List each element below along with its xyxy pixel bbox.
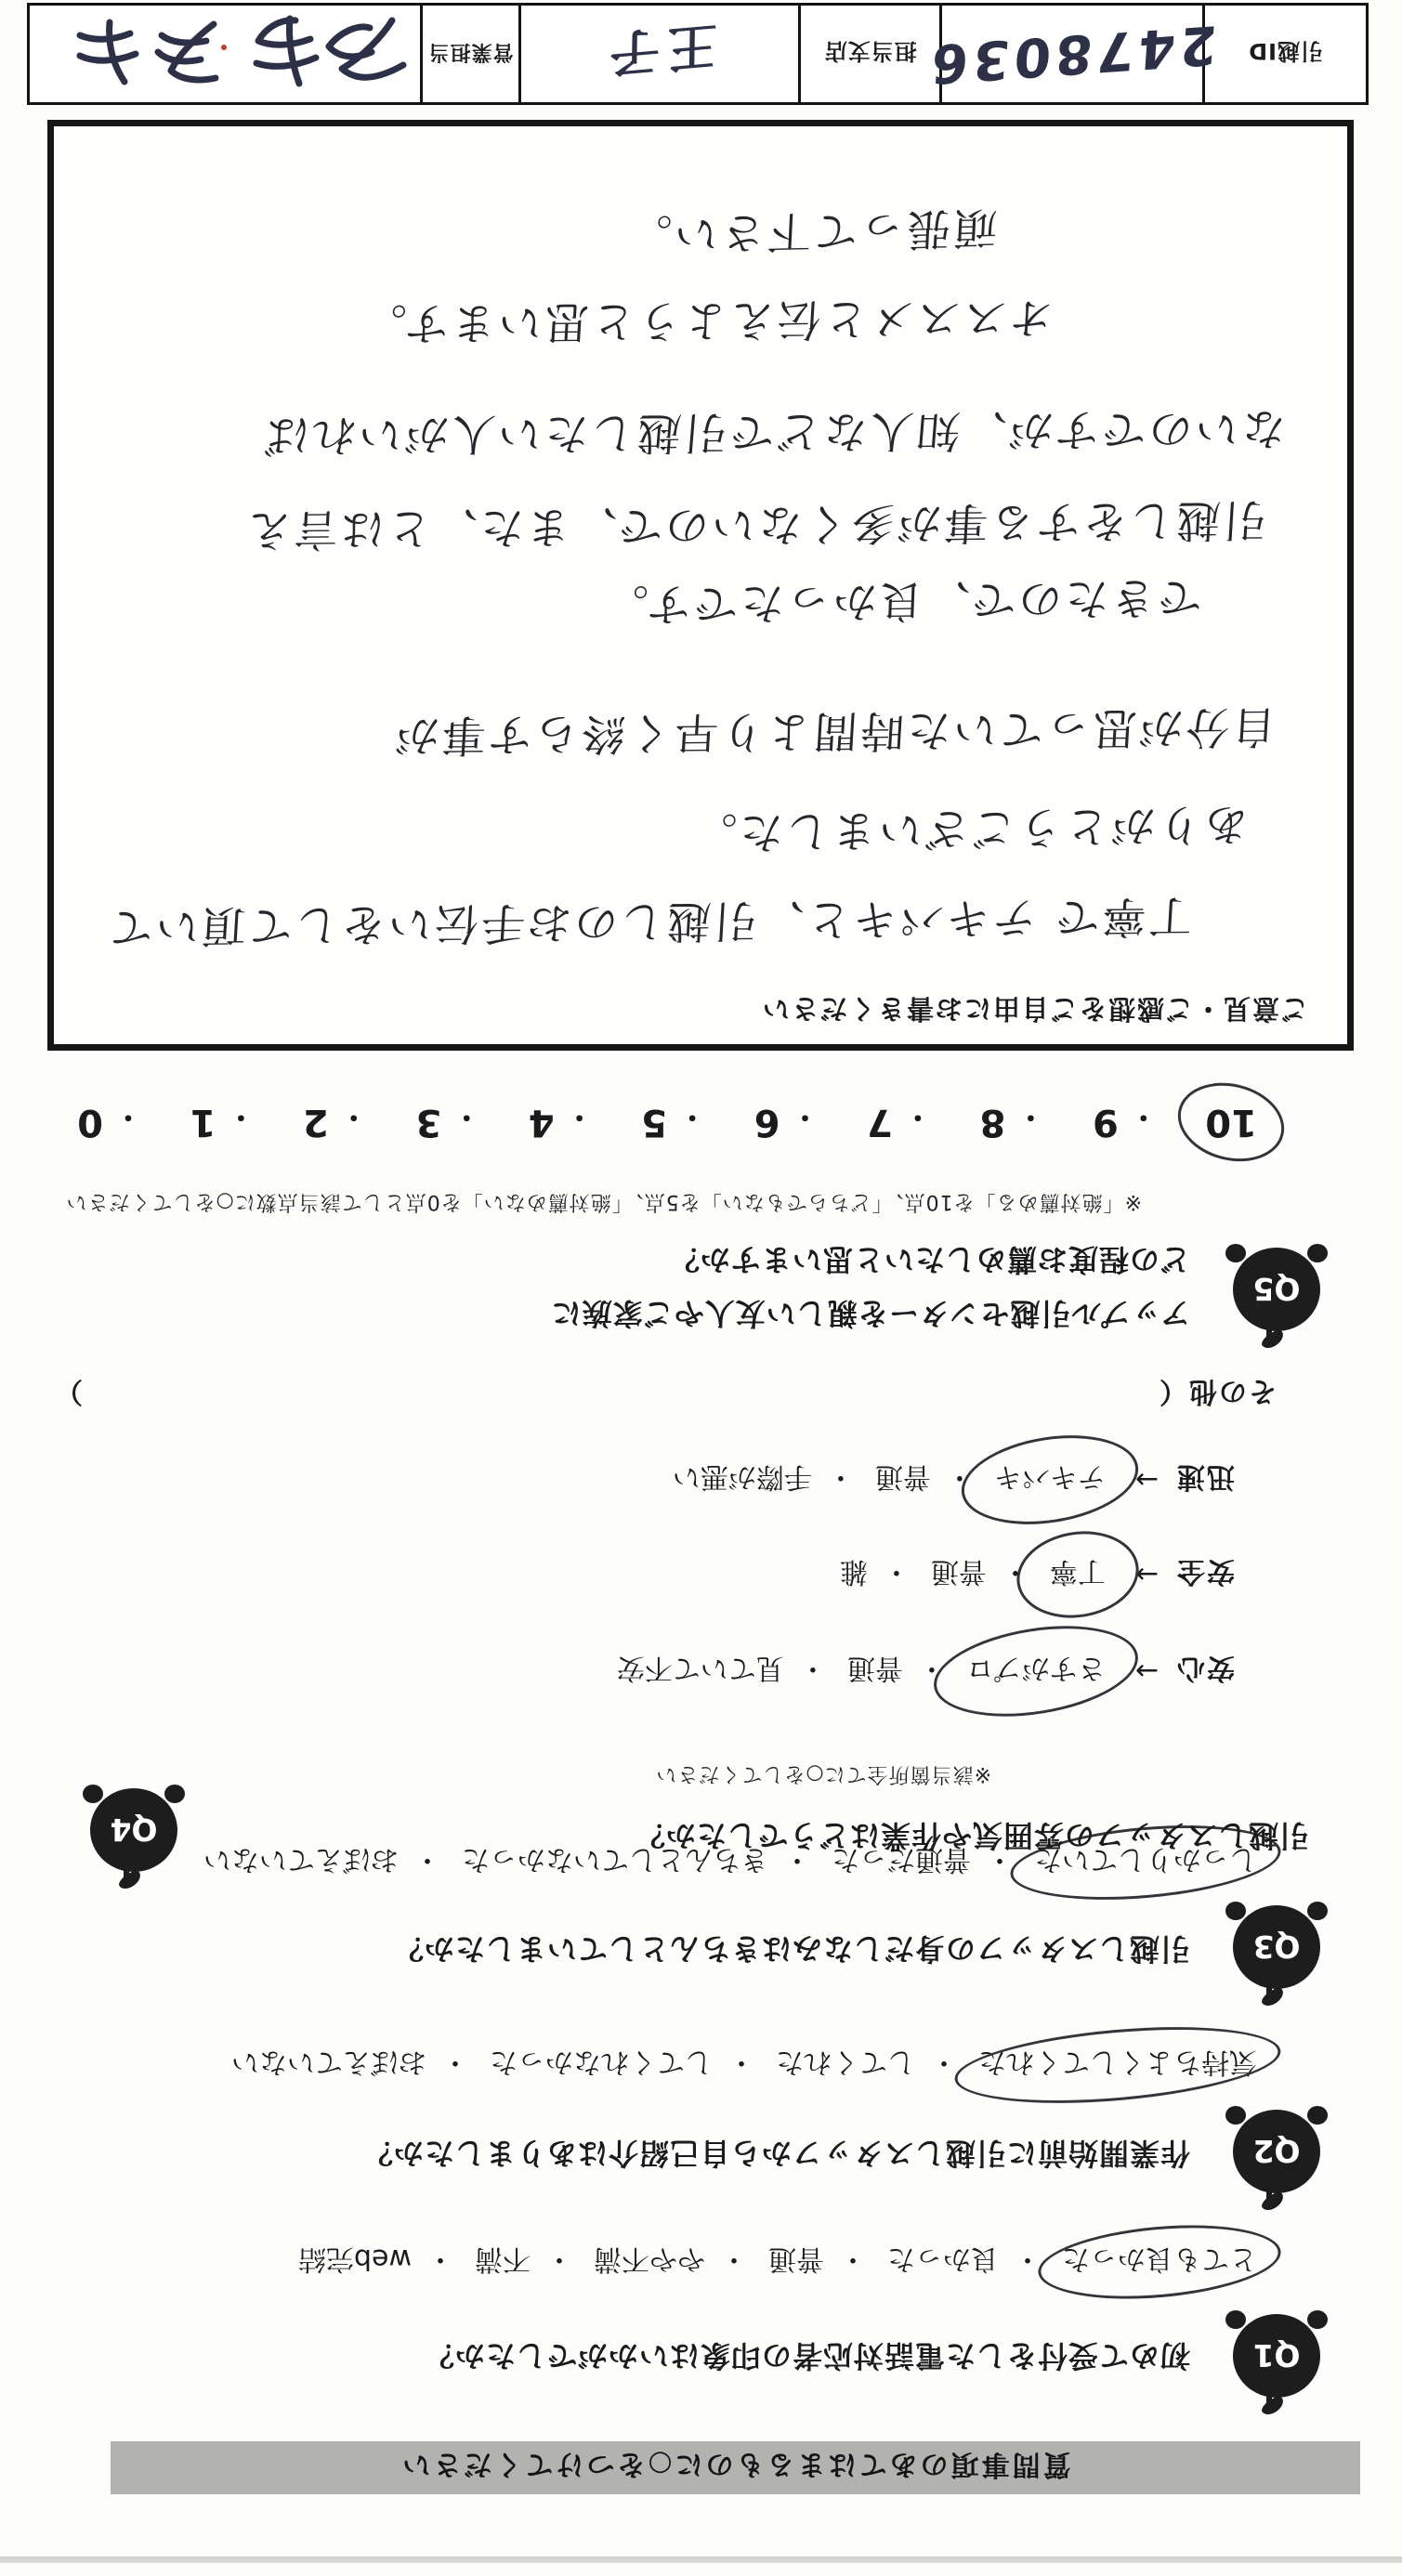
q5-scale-number: 1 [183, 1099, 224, 1145]
q2-badge-apple-icon: Q2 [1233, 2110, 1320, 2193]
red-ink-dot [221, 45, 227, 50]
survey-sheet-rotated-180: 質問事項のあてはまるものに○をつけてください Q1 初めて受付をした電話対応者の… [0, 0, 1402, 2576]
branch-label-cell: 担当支店 [798, 6, 939, 102]
q1-badge-apple-icon: Q1 [1233, 2314, 1320, 2398]
q4-row-label: 安心 [1175, 1651, 1235, 1692]
q4-other-label: その他（ [1158, 1374, 1277, 1415]
q4-row-label: 安全 [1175, 1554, 1235, 1595]
handwritten-signature-strokes [30, 7, 420, 100]
q2-option: おぼえていない [226, 2041, 484, 2089]
q1-option: 良かった [882, 2238, 1056, 2286]
q5-badge-label: Q5 [1233, 1248, 1320, 1331]
sales-rep-label: 営業担当 [428, 40, 514, 69]
instruction-bar: 質問事項のあてはまるものに○をつけてください [111, 2441, 1360, 2494]
moving-id-value-cell: 2478036 [939, 6, 1202, 102]
handwritten-moving-id: 2478036 [925, 13, 1220, 95]
q4-question-text: 引越しスタッフの雰囲気や作業はどうでしたか？ [635, 1816, 1309, 1859]
q2-option-circled: 気持ちよくしてくれた [973, 2041, 1263, 2089]
scan-edge-artifact [0, 2556, 1402, 2563]
handwritten-comment-line: オススメと伝えようと思います。 [358, 289, 1055, 359]
q5-scale-number: 7 [859, 1099, 900, 1145]
q4-option: 普通 [870, 1456, 989, 1504]
q5-scale-number: 8 [972, 1099, 1013, 1145]
q1-badge-label: Q1 [1233, 2314, 1320, 2398]
handwritten-comment-line: できたので、良かったです。 [600, 569, 1202, 639]
q2-question-text: 作業開始前に引越しスタッフから自己紹介はありましたか？ [362, 2134, 1190, 2177]
q4-note: ※該当箇所全てに○をしてください [655, 1761, 991, 1790]
scanned-page: 質問事項のあてはまるものに○をつけてください Q1 初めて受付をした電話対応者の… [0, 0, 1402, 2576]
handwritten-comment-line: 丁寧で テキパキと、引越しのお手伝いをして頂いて [105, 888, 1195, 961]
comment-box-heading: ご意見・ご感想をご自由にお書きください [761, 991, 1308, 1029]
q4-other-close-paren: ） [53, 1374, 83, 1415]
sales-rep-signature-cell [30, 6, 420, 102]
q1-option-circled: とても良かった [1056, 2238, 1263, 2286]
q4-row-jinsoku: 迅速 → テキパキ 普通 手際が悪い [667, 1456, 1235, 1504]
q5-question-line2: どの程度お薦めしたいと思いますか？ [669, 1240, 1190, 1283]
q4-row-label: 迅速 [1175, 1459, 1235, 1500]
q5-scale-number: 5 [634, 1099, 675, 1145]
q4-option: 雑 [834, 1550, 925, 1599]
q2-option: してくれなかった [484, 2041, 770, 2089]
q4-option-label: さすがプロ [966, 1652, 1106, 1684]
handwritten-comment-line: ないのですが、知人などで引越したい人がいれば [260, 400, 1288, 470]
q5-badge-apple-icon: Q5 [1233, 1248, 1320, 1331]
q4-option-label: 丁寧 [1050, 1555, 1106, 1588]
q4-option: 見ていて不安 [611, 1647, 842, 1695]
q3-badge-label: Q3 [1233, 1905, 1320, 1989]
q5-question-line1: アップル引越センターを親しい友人やご家族に [551, 1294, 1190, 1337]
q5-scale-10-circled: 10 [1198, 1099, 1264, 1145]
q4-option-label: テキパキ [994, 1460, 1106, 1493]
q4-badge-label: Q4 [90, 1788, 177, 1872]
footer-id-table: 引越ID 2478036 担当支店 王子 営業担当 [27, 3, 1369, 105]
moving-id-label: 引越ID [1248, 38, 1323, 71]
q2-badge-label: Q2 [1233, 2110, 1320, 2193]
q5-scale-number: 0 [70, 1099, 111, 1145]
comment-box: ご意見・ご感想をご自由にお書きください 丁寧で テキパキと、引越しのお手伝いをし… [47, 120, 1354, 1051]
q4-row3-option-circled: テキパキ [989, 1456, 1111, 1504]
q5-scale-number: 3 [408, 1099, 449, 1145]
q1-option: web完結 [293, 2238, 469, 2286]
q2-option-label: 気持ちよくしてくれた [978, 2046, 1257, 2078]
sales-rep-label-cell: 営業担当 [420, 6, 518, 102]
q4-row2-option-circled: 丁寧 [1044, 1550, 1111, 1599]
handwritten-comment-line: ありがとうございました。 [688, 796, 1250, 868]
q3-badge-apple-icon: Q3 [1233, 1905, 1320, 1989]
q5-nps-scale: 10 9 8 7 6 5 4 3 2 1 0 [70, 1099, 1264, 1145]
q5-scale-number: 2 [295, 1099, 336, 1145]
handwritten-comment-line: 自分が思っていた時間より早く終らす事が [391, 699, 1278, 770]
q1-option: 不満 [469, 2238, 588, 2286]
handwritten-comment-line: 引越しをする事が多くないので、また、とは言え [243, 491, 1269, 565]
handwritten-comment-line: 頑張って下さい。 [623, 200, 999, 269]
handwritten-branch-name: 王子 [602, 13, 718, 95]
branch-value-cell: 王子 [518, 6, 798, 102]
branch-label: 担当支店 [824, 38, 917, 71]
q1-option-label: とても良かった [1062, 2243, 1257, 2275]
q1-option: やや不満 [588, 2238, 763, 2286]
q4-row1-option-circled: さすがプロ [961, 1647, 1111, 1695]
q1-question-text: 初めて受付をした電話対応者の印象はいかがでしたか？ [424, 2336, 1190, 2379]
q4-row-anshin: 安心 → さすがプロ 普通 見ていて不安 [611, 1647, 1235, 1695]
q5-note: ※「絶対薦める」を10点、「どちらでもない」を5点、「絶対薦めない」を0点として… [66, 1189, 1142, 1218]
q2-option: してくれた [770, 2041, 973, 2089]
q4-row-anzen: 安全 → 丁寧 普通 雑 [834, 1550, 1235, 1599]
q5-scale-number: 6 [747, 1099, 788, 1145]
q1-options: とても良かった 良かった 普通 やや不満 不満 web完結 [293, 2238, 1263, 2286]
q3-question-text: 引越しスタッフの身だしなみはきちんとしていましたか？ [393, 1929, 1190, 1972]
q5-scale-number: 9 [1085, 1099, 1126, 1145]
q5-scale-number: 4 [521, 1099, 562, 1145]
q2-options: 気持ちよくしてくれた してくれた してくれなかった おぼえていない [226, 2041, 1263, 2089]
q4-option: 普通 [842, 1647, 961, 1695]
q3-option: おぼえていない [198, 1838, 456, 1887]
q4-badge-apple-icon: Q4 [90, 1788, 177, 1872]
q1-option: 普通 [763, 2238, 882, 2286]
q4-option: 普通 [925, 1550, 1044, 1599]
moving-id-label-cell: 引越ID [1202, 6, 1366, 102]
q4-option: 手際が悪い [667, 1456, 870, 1504]
